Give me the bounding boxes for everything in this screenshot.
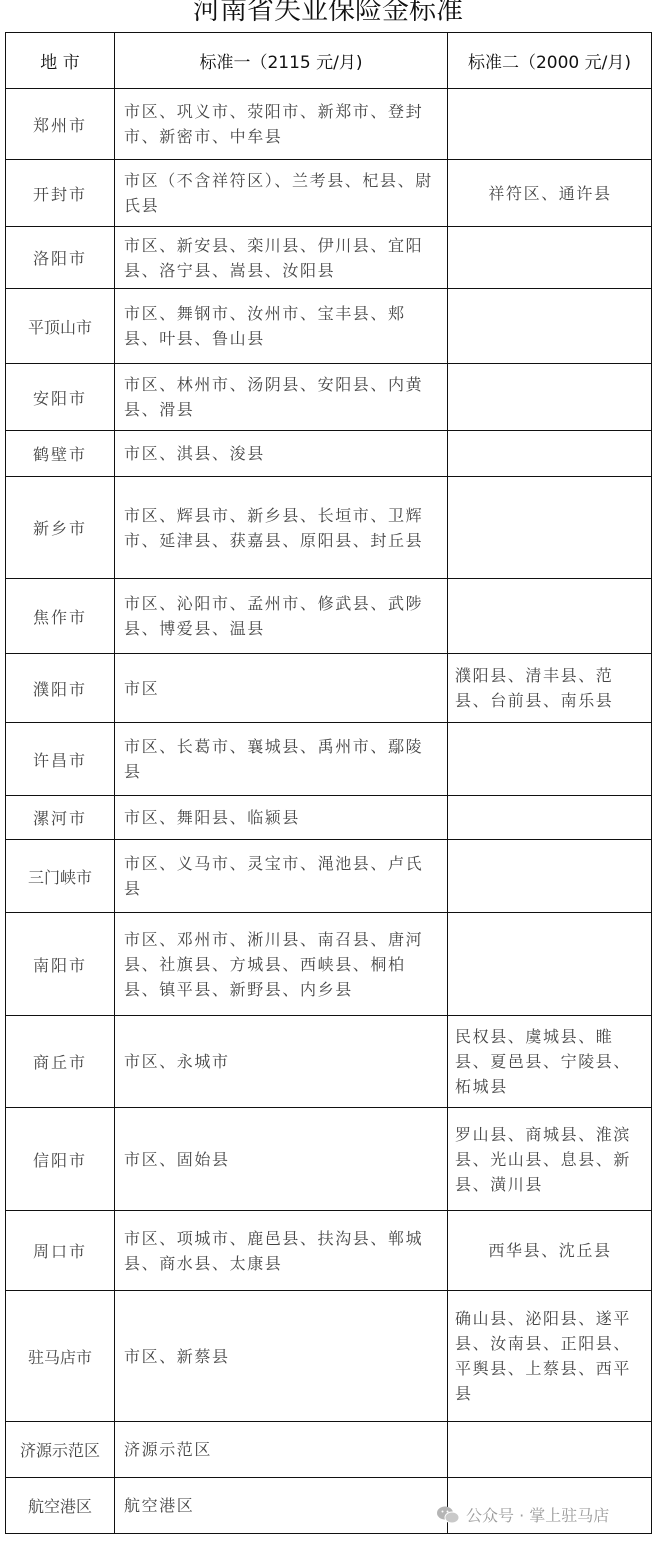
watermark: 公众号 · 掌上驻马店	[436, 1503, 609, 1526]
cell-standard-2: 民权县、虞城县、睢县、夏邑县、宁陵县、柘城县	[448, 1016, 652, 1108]
cell-standard-2	[448, 913, 652, 1016]
cell-standard-2	[448, 227, 652, 289]
table-row: 漯河市市区、舞阳县、临颍县	[6, 796, 652, 840]
cell-city: 商丘市	[6, 1016, 115, 1108]
cell-standard-1: 市区、林州市、汤阴县、安阳县、内黄县、滑县	[115, 364, 448, 431]
cell-standard-2	[448, 1422, 652, 1478]
cell-standard-2	[448, 431, 652, 477]
table-row: 新乡市市区、辉县市、新乡县、长垣市、卫辉市、延津县、获嘉县、原阳县、封丘县	[6, 477, 652, 579]
table-row: 濮阳市市区濮阳县、清丰县、范县、台前县、南乐县	[6, 654, 652, 723]
cell-city: 信阳市	[6, 1108, 115, 1211]
table-row: 许昌市市区、长葛市、襄城县、禹州市、鄢陵县	[6, 723, 652, 796]
cell-standard-2	[448, 477, 652, 579]
table-row: 济源示范区济源示范区	[6, 1422, 652, 1478]
cell-city: 济源示范区	[6, 1422, 115, 1478]
cell-city: 洛阳市	[6, 227, 115, 289]
cell-standard-1: 市区、淇县、浚县	[115, 431, 448, 477]
cell-city: 南阳市	[6, 913, 115, 1016]
cell-city: 平顶山市	[6, 289, 115, 364]
table-row: 周口市市区、项城市、鹿邑县、扶沟县、郸城县、商水县、太康县西华县、沈丘县	[6, 1211, 652, 1291]
header-city: 地 市	[6, 33, 115, 89]
watermark-text: 公众号 · 掌上驻马店	[466, 1503, 609, 1526]
cell-standard-1: 市区（不含祥符区）、兰考县、杞县、尉氏县	[115, 160, 448, 227]
cell-city: 驻马店市	[6, 1291, 115, 1422]
cell-standard-2	[448, 723, 652, 796]
cell-city: 航空港区	[6, 1478, 115, 1534]
table-row: 三门峡市市区、义马市、灵宝市、渑池县、卢氏县	[6, 840, 652, 913]
cell-standard-1: 航空港区	[115, 1478, 448, 1534]
cell-city: 许昌市	[6, 723, 115, 796]
table-row: 开封市市区（不含祥符区）、兰考县、杞县、尉氏县祥符区、通许县	[6, 160, 652, 227]
cell-standard-1: 市区、项城市、鹿邑县、扶沟县、郸城县、商水县、太康县	[115, 1211, 448, 1291]
cell-standard-1: 市区、沁阳市、孟州市、修武县、武陟县、博爱县、温县	[115, 579, 448, 654]
table-row: 焦作市市区、沁阳市、孟州市、修武县、武陟县、博爱县、温县	[6, 579, 652, 654]
table-row: 鹤壁市市区、淇县、浚县	[6, 431, 652, 477]
cell-city: 三门峡市	[6, 840, 115, 913]
cell-standard-1: 市区、永城市	[115, 1016, 448, 1108]
cell-standard-1: 市区、邓州市、淅川县、南召县、唐河县、社旗县、方城县、西峡县、桐柏县、镇平县、新…	[115, 913, 448, 1016]
cell-standard-1: 市区、新安县、栾川县、伊川县、宜阳县、洛宁县、嵩县、汝阳县	[115, 227, 448, 289]
cell-standard-2	[448, 89, 652, 160]
table-row: 商丘市市区、永城市民权县、虞城县、睢县、夏邑县、宁陵县、柘城县	[6, 1016, 652, 1108]
table-row: 安阳市市区、林州市、汤阴县、安阳县、内黄县、滑县	[6, 364, 652, 431]
cell-standard-2: 濮阳县、清丰县、范县、台前县、南乐县	[448, 654, 652, 723]
table-row: 驻马店市市区、新蔡县确山县、泌阳县、遂平县、汝南县、正阳县、平舆县、上蔡县、西平…	[6, 1291, 652, 1422]
cell-city: 安阳市	[6, 364, 115, 431]
cell-city: 开封市	[6, 160, 115, 227]
header-standard-2: 标准二（2000 元/月)	[448, 33, 652, 89]
table-header-row: 地 市 标准一（2115 元/月) 标准二（2000 元/月)	[6, 33, 652, 89]
table-row: 平顶山市市区、舞钢市、汝州市、宝丰县、郏县、叶县、鲁山县	[6, 289, 652, 364]
cell-city: 郑州市	[6, 89, 115, 160]
cell-city: 周口市	[6, 1211, 115, 1291]
cell-standard-2	[448, 796, 652, 840]
cell-standard-2	[448, 289, 652, 364]
table-row: 洛阳市市区、新安县、栾川县、伊川县、宜阳县、洛宁县、嵩县、汝阳县	[6, 227, 652, 289]
unemployment-insurance-table: 地 市 标准一（2115 元/月) 标准二（2000 元/月) 郑州市市区、巩义…	[5, 32, 652, 1534]
cell-standard-1: 市区、义马市、灵宝市、渑池县、卢氏县	[115, 840, 448, 913]
cell-standard-2: 确山县、泌阳县、遂平县、汝南县、正阳县、平舆县、上蔡县、西平县	[448, 1291, 652, 1422]
cell-standard-1: 市区	[115, 654, 448, 723]
cell-standard-2: 祥符区、通许县	[448, 160, 652, 227]
cell-standard-2: 西华县、沈丘县	[448, 1211, 652, 1291]
table-row: 信阳市市区、固始县罗山县、商城县、淮滨县、光山县、息县、新县、潢川县	[6, 1108, 652, 1211]
cell-standard-2: 罗山县、商城县、淮滨县、光山县、息县、新县、潢川县	[448, 1108, 652, 1211]
cell-city: 濮阳市	[6, 654, 115, 723]
header-standard-1: 标准一（2115 元/月)	[115, 33, 448, 89]
table-row: 郑州市市区、巩义市、荥阳市、新郑市、登封市、新密市、中牟县	[6, 89, 652, 160]
cell-standard-1: 市区、固始县	[115, 1108, 448, 1211]
cell-standard-1: 市区、辉县市、新乡县、长垣市、卫辉市、延津县、获嘉县、原阳县、封丘县	[115, 477, 448, 579]
cell-city: 焦作市	[6, 579, 115, 654]
cell-standard-1: 市区、舞阳县、临颍县	[115, 796, 448, 840]
cell-standard-2	[448, 364, 652, 431]
page-title: 河南省失业保险金标准	[0, 0, 656, 26]
cell-standard-2	[448, 579, 652, 654]
wechat-icon	[436, 1505, 460, 1525]
table-row: 南阳市市区、邓州市、淅川县、南召县、唐河县、社旗县、方城县、西峡县、桐柏县、镇平…	[6, 913, 652, 1016]
cell-city: 新乡市	[6, 477, 115, 579]
cell-standard-1: 市区、长葛市、襄城县、禹州市、鄢陵县	[115, 723, 448, 796]
cell-standard-1: 市区、巩义市、荥阳市、新郑市、登封市、新密市、中牟县	[115, 89, 448, 160]
cell-standard-2	[448, 840, 652, 913]
cell-standard-1: 市区、新蔡县	[115, 1291, 448, 1422]
cell-standard-1: 济源示范区	[115, 1422, 448, 1478]
cell-city: 鹤壁市	[6, 431, 115, 477]
cell-standard-1: 市区、舞钢市、汝州市、宝丰县、郏县、叶县、鲁山县	[115, 289, 448, 364]
cell-city: 漯河市	[6, 796, 115, 840]
